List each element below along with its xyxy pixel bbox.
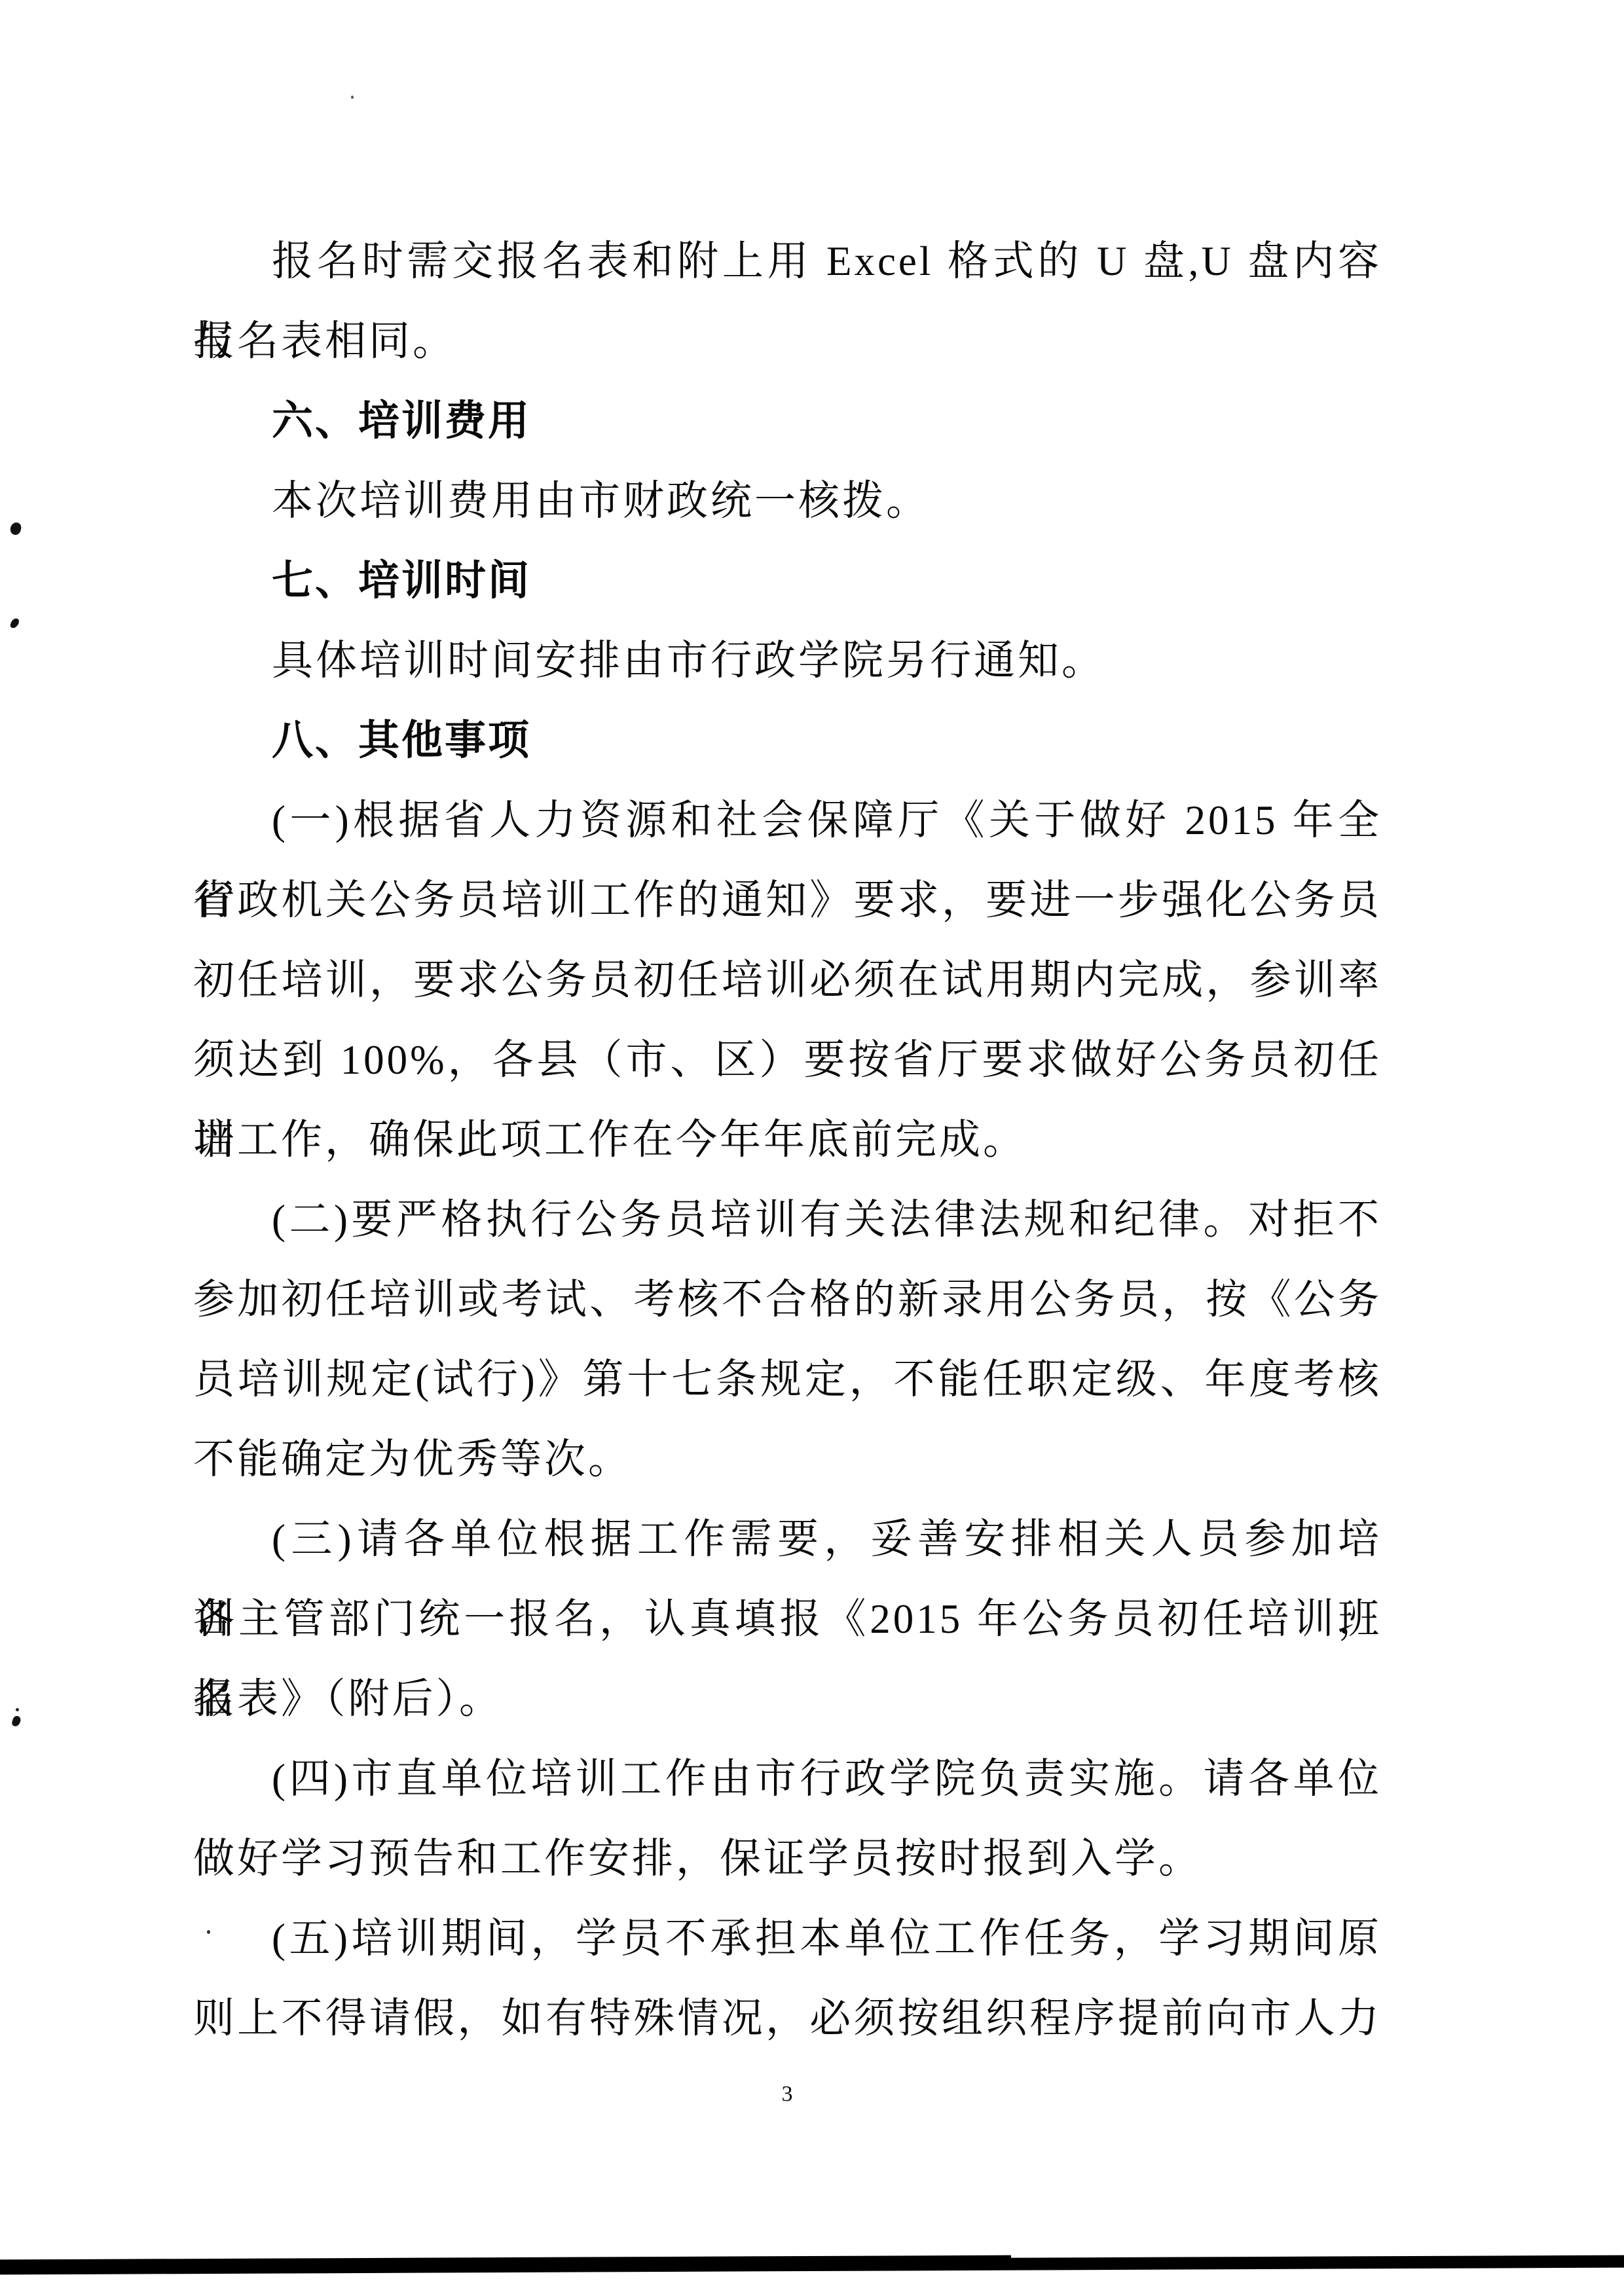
text-line: 做好学习预告和工作安排，保证学员按时报到入学。 [193,1819,1382,1899]
scan-speck [9,617,20,629]
text-line: 员培训规定(试行)》第十七条规定，不能任职定级、年度考核 [193,1339,1382,1419]
text-line: 训工作，确保此项工作在今年年底前完成。 [193,1100,1382,1180]
scan-speck [351,96,354,99]
text-line: 初任培训，要求公务员初任培训必须在试用期内完成，参训率 [193,940,1382,1020]
text-line: (四)市直单位培训工作由市行政学院负责实施。请各单位 [193,1739,1382,1819]
text-line: 报名时需交报名表和附上用 Excel 格式的 U 盘,U 盘内容与 [193,221,1382,301]
text-line: (五)培训期间，学员不承担本单位工作任务，学习期间原 [193,1899,1382,1978]
document-body: 报名时需交报名表和附上用 Excel 格式的 U 盘,U 盘内容与报名表相同。六… [193,221,1382,2058]
text-line: 具体培训时间安排由市行政学院另行通知。 [193,621,1382,701]
text-line: 不能确定为优秀等次。 [193,1419,1382,1499]
text-line: (三)请各单位根据工作需要，妥善安排相关人员参加培训， [193,1499,1382,1579]
text-line: 须达到 100%，各县（市、区）要按省厅要求做好公务员初任培 [193,1020,1382,1100]
page-number: 3 [0,2082,1574,2107]
text-line: 则上不得请假，如有特殊情况，必须按组织程序提前向市人力 [193,1978,1382,2058]
text-line: 参加初任培训或考试、考核不合格的新录用公务员，按《公务 [193,1260,1382,1339]
section-heading: 六、培训费用 [193,381,1382,461]
scan-speck [16,1708,19,1711]
text-line: 报名表相同。 [193,301,1382,381]
scanned-document-page: 报名时需交报名表和附上用 Excel 格式的 U 盘,U 盘内容与报名表相同。六… [0,0,1624,2296]
text-line: 名表》（附后）。 [193,1659,1382,1739]
text-line: 本次培训费用由市财政统一核拨。 [193,461,1382,541]
text-line: (一)根据省人力资源和社会保障厅《关于做好 2015 年全省 [193,780,1382,860]
text-line: 行政机关公务员培训工作的通知》要求，要进一步强化公务员 [193,860,1382,940]
scan-speck [9,522,22,536]
scan-edge-artifact [0,2255,1624,2275]
scan-speck [207,1930,210,1934]
section-heading: 八、其他事项 [193,701,1382,780]
text-line: (二)要严格执行公务员培训有关法律法规和纪律。对拒不 [193,1180,1382,1260]
section-heading: 七、培训时间 [193,541,1382,621]
text-line: 各主管部门统一报名，认真填报《2015 年公务员初任培训班报 [193,1579,1382,1659]
scan-speck [11,1715,22,1728]
